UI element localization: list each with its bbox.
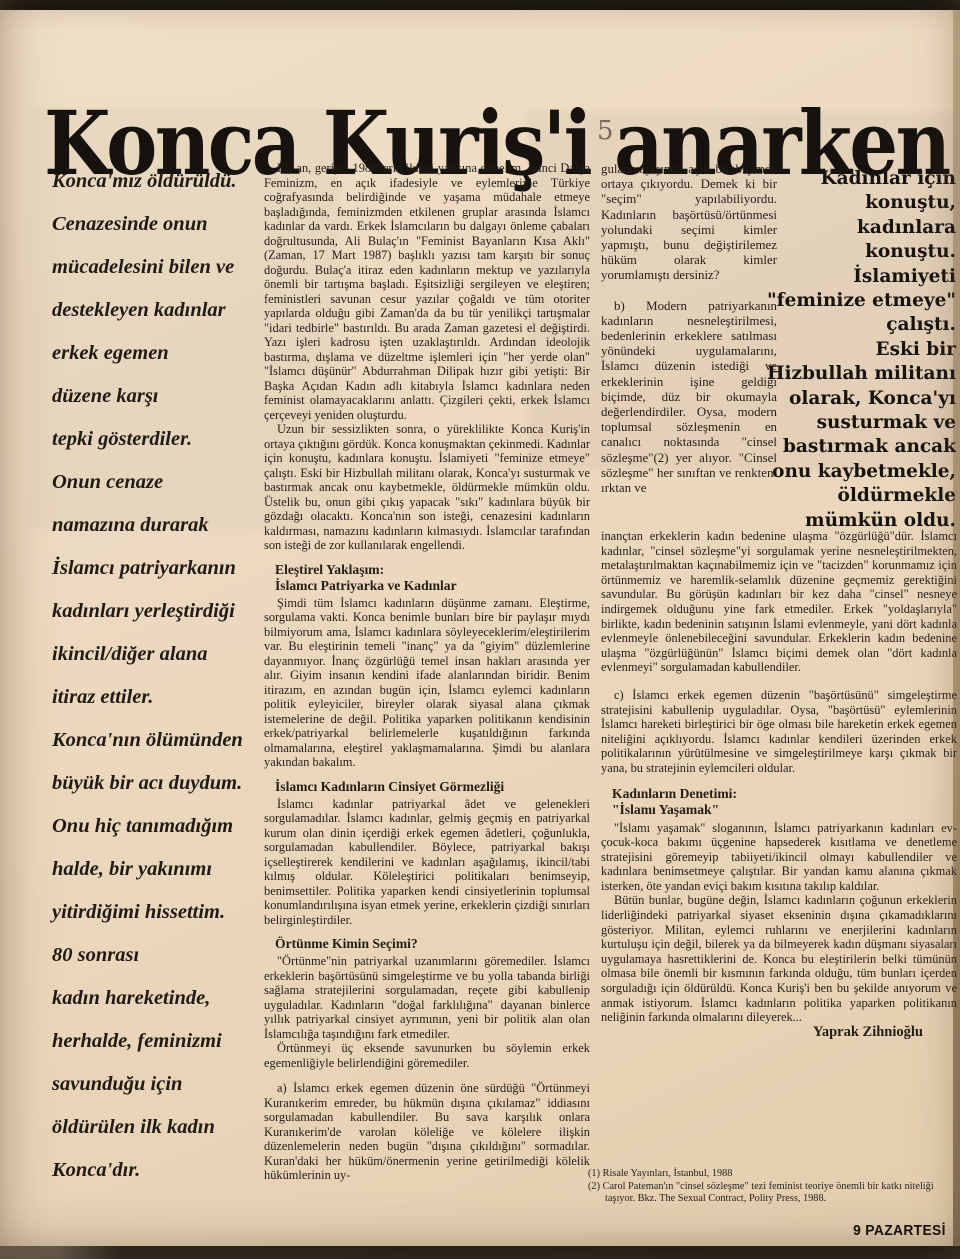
paragraph-continuation: gulanmayışında açık bir biçimde ortaya ç… [601, 162, 777, 284]
standfirst-lede: Konca'mız öldürüldü. Cenazesinde onun mü… [52, 160, 266, 1192]
section-heading-elestirel-yaklasim: Eleştirel Yaklaşım: İslamcı Patriyarka v… [264, 562, 590, 594]
headline-cedilla-artifact: 5 [597, 116, 614, 146]
paragraph: Örtünmeyi üç eksende savunurken bu söyle… [264, 1041, 590, 1070]
footnote-1: (1) Risale Yayınları, İstanbul, 1988 [588, 1168, 956, 1181]
paragraph-item-a: a) İslamcı erkek egemen düzenin öne sürd… [264, 1081, 590, 1183]
author-signature: Yaprak Zihnioğlu [601, 1025, 957, 1040]
body-column-1: Bir an, geriye, 1980'lerin ikinci yarısı… [264, 161, 590, 1183]
paragraph-item-c: c) İslamcı erkek egemen düzenin "başörtü… [601, 688, 957, 776]
paragraph: Uzun bir sessizlikten sonra, o yüreklili… [264, 422, 590, 553]
pull-quote: Kadınlar için konuştu, kadınlara konuştu… [760, 167, 956, 533]
paragraph: Bütün bunlar, bugüne değin, İslamcı kadı… [601, 893, 957, 1024]
paragraph: Bir an, geriye, 1980'lerin ikinci yarısı… [264, 161, 590, 422]
scan-edge-top [0, 0, 960, 10]
section-heading-kadinlarin-denetimi: Kadınların Denetimi: "İslamı Yaşamak" [601, 786, 957, 818]
body-column-2: gulanmayışında açık bir biçimde ortaya ç… [601, 162, 777, 496]
section-heading-ortunme-kimin-secimi: Örtünme Kimin Seçimi? [264, 936, 590, 952]
footnotes: (1) Risale Yayınları, İstanbul, 1988 (2)… [588, 1168, 956, 1206]
body-column-wide: inançtan erkeklerin kadın bedenine ulaşm… [601, 529, 957, 1039]
footnote-2: (2) Carol Pateman'ın "cinsel sözleşme" t… [588, 1181, 956, 1206]
paragraph-item-b: b) Modern patriyarkanın kadınların nesne… [601, 299, 777, 497]
page-number-footer: 9 PAZARTESİ [853, 1222, 946, 1239]
scan-edge-bottom [0, 1246, 960, 1259]
paragraph: "İslamı yaşamak" sloganının, İslamcı pat… [601, 821, 957, 894]
paragraph: Şimdi tüm İslamcı kadınların düşünme zam… [264, 596, 590, 770]
paragraph: İslamcı kadınlar patriyarkal âdet ve gel… [264, 797, 590, 928]
paragraph-continuation: inançtan erkeklerin kadın bedenine ulaşm… [601, 529, 957, 675]
paragraph: "Örtünme"nin patriyarkal uzanımlarını gö… [264, 954, 590, 1041]
section-heading-cinsiyet-gormezligi: İslamcı Kadınların Cinsiyet Görmezliği [264, 779, 590, 795]
newspaper-page: Konca Kuriş'i anarken 5 Konca'mız öldürü… [0, 0, 960, 1259]
